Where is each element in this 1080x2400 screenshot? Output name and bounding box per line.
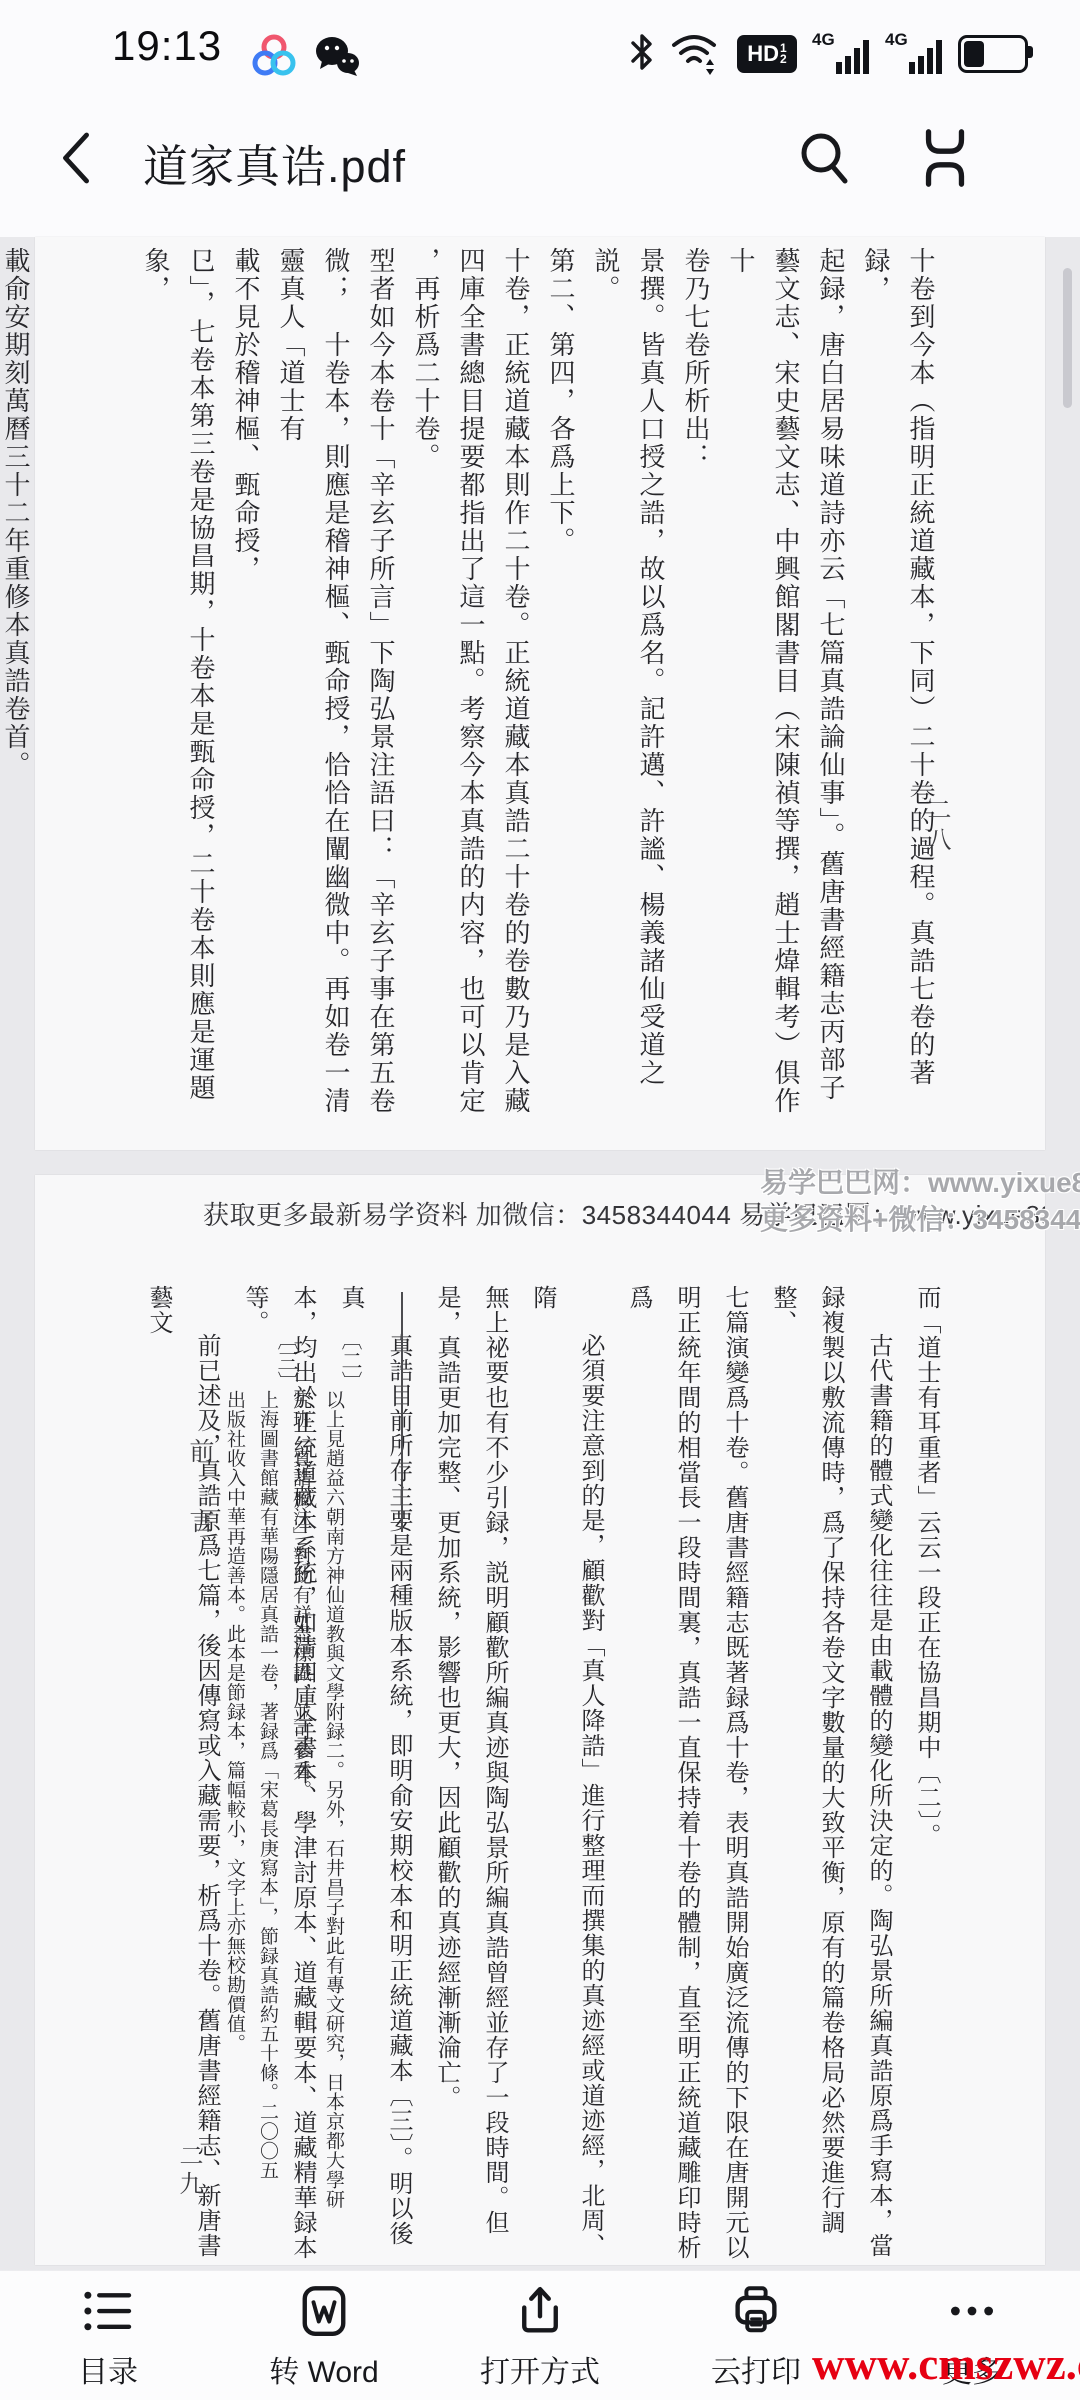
status-bar: 19:13	[0, 0, 1080, 100]
text-column: 十卷到今本（指明正統道藏本，下同）二十卷的過程。真誥七卷的著録，	[853, 247, 943, 1141]
reader-mode-button[interactable]	[910, 125, 980, 195]
convert-word-label: 转 Word	[269, 2347, 378, 2391]
word-convert-icon	[296, 2283, 352, 2339]
search-button[interactable]	[790, 125, 860, 195]
open-with-icon	[512, 2283, 568, 2339]
pdf-reader-app: 19:13	[0, 0, 1080, 2400]
text-column: 而「道士有耳重者」云云一段正在協昌期中〔二〕。	[902, 1285, 950, 2265]
text-column: 㔾」，七卷本第三卷是協昌期，十卷本是甄命授，二十卷本則應是運題象，	[133, 247, 223, 1141]
signal-4g-1: 4G	[812, 32, 870, 76]
back-button[interactable]	[42, 125, 112, 195]
toc-button[interactable]: 目录	[0, 2271, 216, 2400]
hd-volte-badge: HD 12	[737, 35, 797, 73]
toc-label: 目录	[78, 2347, 138, 2391]
footnote-marker-2: 〔二〕	[336, 1329, 366, 1392]
text-column: 上海圖書館藏有華陽隱居真誥一卷，著録爲「宋葛長庚寫本」，節録真誥約五十條。二〇〇…	[251, 1390, 284, 2225]
signal-4g-2: 4G	[885, 32, 943, 76]
text-column: 載俞安期刻萬曆三十二年重修本真誥卷首。	[0, 247, 38, 1141]
back-chevron-icon	[54, 127, 100, 194]
bluetooth-icon	[629, 30, 655, 79]
yixue-watermark: 易学巴巴网：www.yixue88.cn 更多资料+微信：3458344044	[760, 1164, 1080, 1238]
document-header: 道家真诰.pdf	[0, 100, 1080, 230]
text-column: 古代書籍的體式變化往往是由載體的變化所決定的。陶弘景所編真誥原爲手寫本，當	[854, 1285, 902, 2265]
text-column: 必須要注意到的是，顧歡對「真人降誥」進行整理而撰集的真迹經或道迹經，北周、隋	[518, 1285, 614, 2265]
clock: 19:13	[112, 22, 222, 70]
cloud-print-icon	[728, 2283, 784, 2339]
page-28-text: 十卷到今本（指明正統道藏本，下同）二十卷的過程。真誥七卷的著録，起録，唐白居易味…	[0, 247, 943, 1141]
scrollbar[interactable]	[1063, 268, 1072, 408]
text-column: 四庫全書總目提要都指出了這一點。考察今本真誥的内容，也可以肯定	[448, 247, 493, 1141]
page-number-29: 二九	[171, 2143, 206, 2199]
text-column: 十卷，正統道藏本則作二十卷。正統道藏本真誥二十卷的卷數乃是入藏	[493, 247, 538, 1141]
text-column: 前已述及，真誥原爲七篇，後因傳寫或入藏需要，析爲十卷。舊唐書經籍志、新唐書藝文	[134, 1285, 230, 2265]
text-column: 是，真誥更加完整、更加系統，影響也更大，因此顧歡的真迹經漸漸淪亡。	[422, 1285, 470, 2265]
text-column: 明正統年間的相當長一段時間裏，真誥一直保持着十卷的體制，直至明正統道藏雕印時析爲	[614, 1285, 710, 2265]
text-column: 卷乃七卷所析出：	[673, 247, 718, 1141]
wifi-icon	[670, 29, 722, 80]
text-column: 藝文志、宋史藝文志、中興館閣書目（宋陳禎等撰，趙士煒輯考）俱作十	[718, 247, 808, 1141]
pdf-page-28[interactable]: 十卷到今本（指明正統道藏本，下同）二十卷的過程。真誥七卷的著録，起録，唐白居易味…	[35, 237, 1045, 1150]
text-column: 以上見趙益六朝南方神仙道教與文學附録二。另外，石井昌子對此有專文研究，日本京都大…	[317, 1390, 350, 2225]
text-column: 起録，唐白居易味道詩亦云「七篇真誥論仙事」。舊唐書經籍志丙部子	[808, 247, 853, 1141]
more-dots-icon	[944, 2283, 1000, 2339]
text-column: 景撰。皆真人口授之誥，故以爲名。記許邁、許謐、楊義諸仙受道之説。	[583, 247, 673, 1141]
search-icon	[793, 126, 857, 195]
page-29-footnotes: 以上見趙益六朝南方神仙道教與文學附録二。另外，石井昌子對此有專文研究，日本京都大…	[218, 1390, 350, 2225]
text-column: 型者如今本卷十「辛玄子所言」下陶弘景注語曰：「辛玄子事在第五卷	[358, 247, 403, 1141]
text-column: ，再析爲二十卷。	[403, 247, 448, 1141]
open-with-button[interactable]: 打开方式	[432, 2271, 648, 2400]
text-column: 微； 十卷本，則應是稽神樞、甄命授，恰恰在闡幽微中。再如卷一清靈真人「道士有	[268, 247, 358, 1141]
text-column: 究班「真誥校注」對此有詳盡標識，並可參看。	[284, 1390, 317, 2225]
reader-mode-icon	[914, 127, 976, 194]
page-number-28: 二八	[919, 797, 954, 857]
tri-circle-app-icon	[250, 32, 298, 85]
footnote-separator-rule	[401, 1292, 403, 1532]
footnote-marker-3: 〔三〕	[272, 1329, 302, 1392]
text-column: 七篇演變爲十卷。舊唐書經籍志既著録爲十卷，表明真誥開始廣泛流傳的下限在唐開元以	[710, 1285, 758, 2265]
cloud-print-label: 云打印	[711, 2347, 801, 2391]
text-column: 録複製以敷流傳時，爲了保持各卷文字數量的大致平衡，原有的篇卷格局必然要進行調整、	[758, 1285, 854, 2265]
text-column: 第二、第四，各爲上下。	[538, 247, 583, 1141]
site-watermark: www.cmszwz.com	[812, 2338, 1080, 2390]
text-column: 無上祕要也有不少引録，説明顧歡所編真迹與陶弘景所編真誥曾經並存了一段時間。但	[470, 1285, 518, 2265]
running-title-preface: 前 言	[181, 1438, 217, 1543]
pdf-page-29[interactable]: 获取更多最新易学资料 加微信：3458344044 易学巴巴网：www.yixu…	[35, 1175, 1045, 2265]
document-title: 道家真诰.pdf	[143, 130, 406, 195]
wechat-icon	[312, 33, 362, 84]
toc-list-icon	[80, 2283, 136, 2339]
battery-icon	[958, 35, 1028, 73]
convert-word-button[interactable]: 转 Word	[216, 2271, 432, 2400]
text-column: 載不見於稽神樞、甄命授，	[223, 247, 268, 1141]
open-with-label: 打开方式	[480, 2347, 600, 2391]
text-column: 出版社收入中華再造善本。此本是節録本，篇幅較小，文字上亦無校勘價值。	[218, 1390, 251, 2225]
